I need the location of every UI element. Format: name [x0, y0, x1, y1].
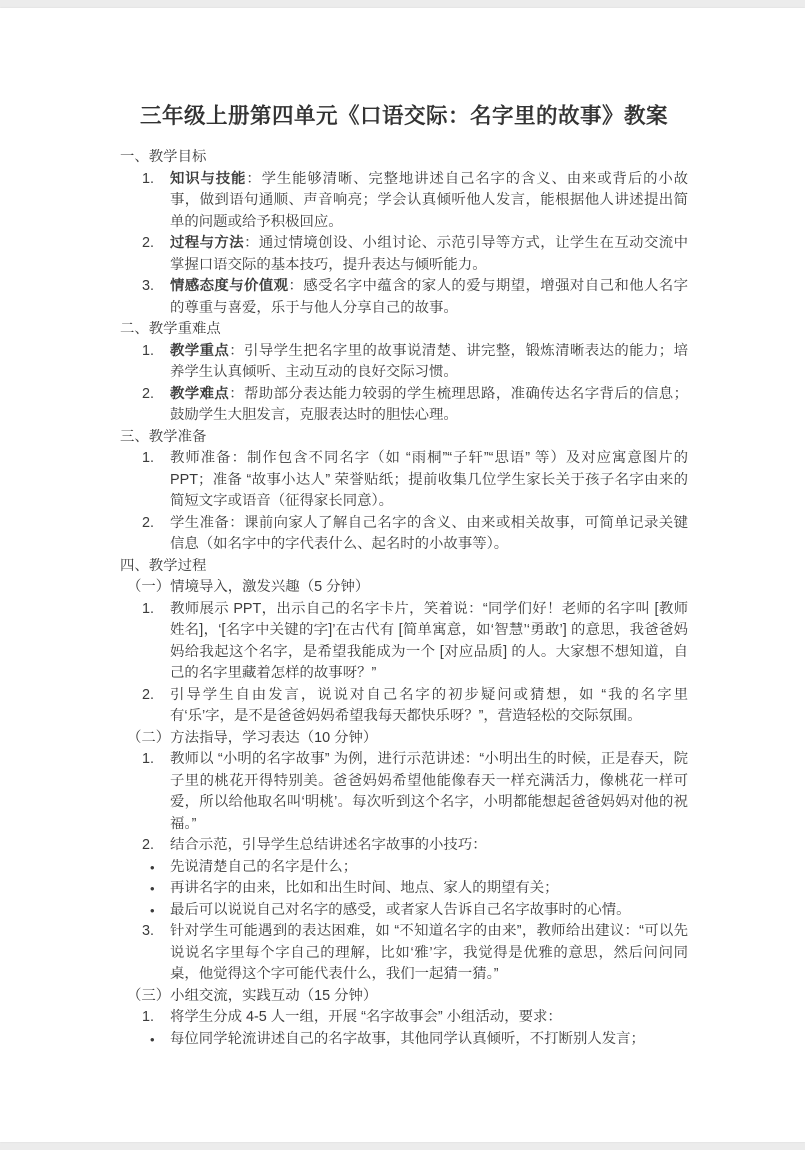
item-text: ：学生能够清晰、完整地讲述自己名字的含义、由来或背后的小故事，做到语句通顺、声音…: [170, 171, 688, 230]
list-item-text: 教师展示 PPT，出示自己的名字卡片，笑着说：“同学们好！老师的名字叫 [教师姓…: [170, 599, 688, 685]
list-number: 1.: [142, 1007, 170, 1029]
section-heading: 四、教学过程: [120, 556, 688, 578]
list-item-text: 每位同学轮流讲述自己的名字故事，其他同学认真倾听，不打断别人发言；: [170, 1029, 688, 1051]
list-number: 3.: [142, 276, 170, 298]
item-text: 教师展示 PPT，出示自己的名字卡片，笑着说：“同学们好！老师的名字叫 [教师姓…: [170, 601, 688, 682]
list-item-text: 教学难点：帮助部分表达能力较弱的学生梳理思路，准确传达名字背后的信息；鼓励学生大…: [170, 384, 688, 427]
numbered-list-item: 2.学生准备：课前向家人了解自己名字的含义、由来或相关故事，可简单记录关键信息（…: [120, 513, 688, 556]
list-item-text: 将学生分成 4-5 人一组，开展 “名字故事会” 小组活动，要求：: [170, 1007, 688, 1029]
section-heading: 三、教学准备: [120, 427, 688, 449]
list-number: 2.: [142, 384, 170, 406]
list-item-text: 结合示范，引导学生总结讲述名字故事的小技巧：: [170, 835, 688, 857]
list-number: 3.: [142, 921, 170, 943]
numbered-list-item: 2.结合示范，引导学生总结讲述名字故事的小技巧：: [120, 835, 688, 857]
item-text: ：引导学生把名字里的故事说清楚、讲完整，锻炼清晰表达的能力；培养学生认真倾听、主…: [170, 343, 688, 381]
numbered-list-item: 2.过程与方法：通过情境创设、小组讨论、示范引导等方式，让学生在互动交流中掌握口…: [120, 233, 688, 276]
list-number: 1.: [142, 599, 170, 621]
list-item-text: 先说清楚自己的名字是什么；: [170, 857, 688, 879]
list-item-text: 教师准备：制作包含不同名字（如 “雨桐”“子轩”“思语” 等）及对应寓意图片的 …: [170, 448, 688, 513]
list-number: 2.: [142, 835, 170, 857]
bullet-list-item: •再讲名字的由来，比如和出生时间、地点、家人的期望有关；: [120, 878, 688, 900]
list-item-text: 学生准备：课前向家人了解自己名字的含义、由来或相关故事，可简单记录关键信息（如名…: [170, 513, 688, 556]
list-item-text: 最后可以说说自己对名字的感受，或者家人告诉自己名字故事时的心情。: [170, 900, 688, 922]
item-text: 结合示范，引导学生总结讲述名字故事的小技巧：: [170, 837, 487, 853]
numbered-list-item: 1.教师准备：制作包含不同名字（如 “雨桐”“子轩”“思语” 等）及对应寓意图片…: [120, 448, 688, 513]
page-title: 三年级上册第四单元《口语交际：名字里的故事》教案: [120, 8, 688, 131]
subsection-heading: （二）方法指导，学习表达（10 分钟）: [120, 728, 688, 750]
bullet-marker: •: [150, 878, 170, 900]
list-item-text: 知识与技能：学生能够清晰、完整地讲述自己名字的含义、由来或背后的小故事，做到语句…: [170, 169, 688, 234]
list-number: 2.: [142, 233, 170, 255]
numbered-list-item: 1.将学生分成 4-5 人一组，开展 “名字故事会” 小组活动，要求：: [120, 1007, 688, 1029]
document-page: 三年级上册第四单元《口语交际：名字里的故事》教案 一、教学目标1.知识与技能：学…: [0, 8, 805, 1142]
list-number: 1.: [142, 169, 170, 191]
bullet-marker: •: [150, 1029, 170, 1051]
bullet-list-item: •每位同学轮流讲述自己的名字故事，其他同学认真倾听，不打断别人发言；: [120, 1029, 688, 1051]
bullet-marker: •: [150, 900, 170, 922]
item-text: 教师准备：制作包含不同名字（如 “雨桐”“子轩”“思语” 等）及对应寓意图片的 …: [170, 450, 688, 509]
document-body: 一、教学目标1.知识与技能：学生能够清晰、完整地讲述自己名字的含义、由来或背后的…: [120, 147, 688, 1050]
list-number: 1.: [142, 448, 170, 470]
list-number: 2.: [142, 513, 170, 535]
bold-lead: 教学重点: [170, 343, 229, 359]
bullet-marker: •: [150, 857, 170, 879]
numbered-list-item: 1.教学重点：引导学生把名字里的故事说清楚、讲完整，锻炼清晰表达的能力；培养学生…: [120, 341, 688, 384]
list-item-text: 引导学生自由发言，说说对自己名字的初步疑问或猜想，如 “我的名字里有‘乐’字，是…: [170, 685, 688, 728]
subsection-heading: （三）小组交流，实践互动（15 分钟）: [120, 986, 688, 1008]
numbered-list-item: 1.知识与技能：学生能够清晰、完整地讲述自己名字的含义、由来或背后的小故事，做到…: [120, 169, 688, 234]
numbered-list-item: 3.情感态度与价值观：感受名字中蕴含的家人的爱与期望，增强对自己和他人名字的尊重…: [120, 276, 688, 319]
bold-lead: 教学难点: [170, 386, 229, 402]
numbered-list-item: 3.针对学生可能遇到的表达困难，如 “不知道名字的由来”，教师给出建议：“可以先…: [120, 921, 688, 986]
item-text: 教师以 “小明的名字故事” 为例，进行示范讲述：“小明出生的时候，正是春天，院子…: [170, 751, 688, 832]
document-content: 三年级上册第四单元《口语交际：名字里的故事》教案 一、教学目标1.知识与技能：学…: [0, 8, 805, 1050]
list-item-text: 教师以 “小明的名字故事” 为例，进行示范讲述：“小明出生的时候，正是春天，院子…: [170, 749, 688, 835]
item-text: ：通过情境创设、小组讨论、示范引导等方式，让学生在互动交流中掌握口语交际的基本技…: [170, 235, 688, 273]
list-item-text: 针对学生可能遇到的表达困难，如 “不知道名字的由来”，教师给出建议：“可以先说说…: [170, 921, 688, 986]
numbered-list-item: 1.教师以 “小明的名字故事” 为例，进行示范讲述：“小明出生的时候，正是春天，…: [120, 749, 688, 835]
bold-lead: 知识与技能: [170, 171, 246, 187]
list-item-text: 再讲名字的由来，比如和出生时间、地点、家人的期望有关；: [170, 878, 688, 900]
bullet-list-item: •最后可以说说自己对名字的感受，或者家人告诉自己名字故事时的心情。: [120, 900, 688, 922]
bold-lead: 情感态度与价值观: [170, 278, 289, 294]
item-text: 将学生分成 4-5 人一组，开展 “名字故事会” 小组活动，要求：: [170, 1009, 562, 1025]
section-heading: 一、教学目标: [120, 147, 688, 169]
item-text: 引导学生自由发言，说说对自己名字的初步疑问或猜想，如 “我的名字里有‘乐’字，是…: [170, 687, 688, 725]
numbered-list-item: 2.教学难点：帮助部分表达能力较弱的学生梳理思路，准确传达名字背后的信息；鼓励学…: [120, 384, 688, 427]
item-text: 学生准备：课前向家人了解自己名字的含义、由来或相关故事，可简单记录关键信息（如名…: [170, 515, 688, 553]
item-text: 针对学生可能遇到的表达困难，如 “不知道名字的由来”，教师给出建议：“可以先说说…: [170, 923, 688, 982]
section-heading: 二、教学重难点: [120, 319, 688, 341]
list-number: 2.: [142, 685, 170, 707]
numbered-list-item: 1.教师展示 PPT，出示自己的名字卡片，笑着说：“同学们好！老师的名字叫 [教…: [120, 599, 688, 685]
list-number: 1.: [142, 341, 170, 363]
list-number: 1.: [142, 749, 170, 771]
list-item-text: 情感态度与价值观：感受名字中蕴含的家人的爱与期望，增强对自己和他人名字的尊重与喜…: [170, 276, 688, 319]
item-text: ：帮助部分表达能力较弱的学生梳理思路，准确传达名字背后的信息；鼓励学生大胆发言，…: [170, 386, 688, 424]
subsection-heading: （一）情境导入，激发兴趣（5 分钟）: [120, 577, 688, 599]
list-item-text: 过程与方法：通过情境创设、小组讨论、示范引导等方式，让学生在互动交流中掌握口语交…: [170, 233, 688, 276]
numbered-list-item: 2.引导学生自由发言，说说对自己名字的初步疑问或猜想，如 “我的名字里有‘乐’字…: [120, 685, 688, 728]
bullet-list-item: •先说清楚自己的名字是什么；: [120, 857, 688, 879]
list-item-text: 教学重点：引导学生把名字里的故事说清楚、讲完整，锻炼清晰表达的能力；培养学生认真…: [170, 341, 688, 384]
bold-lead: 过程与方法: [170, 235, 244, 251]
